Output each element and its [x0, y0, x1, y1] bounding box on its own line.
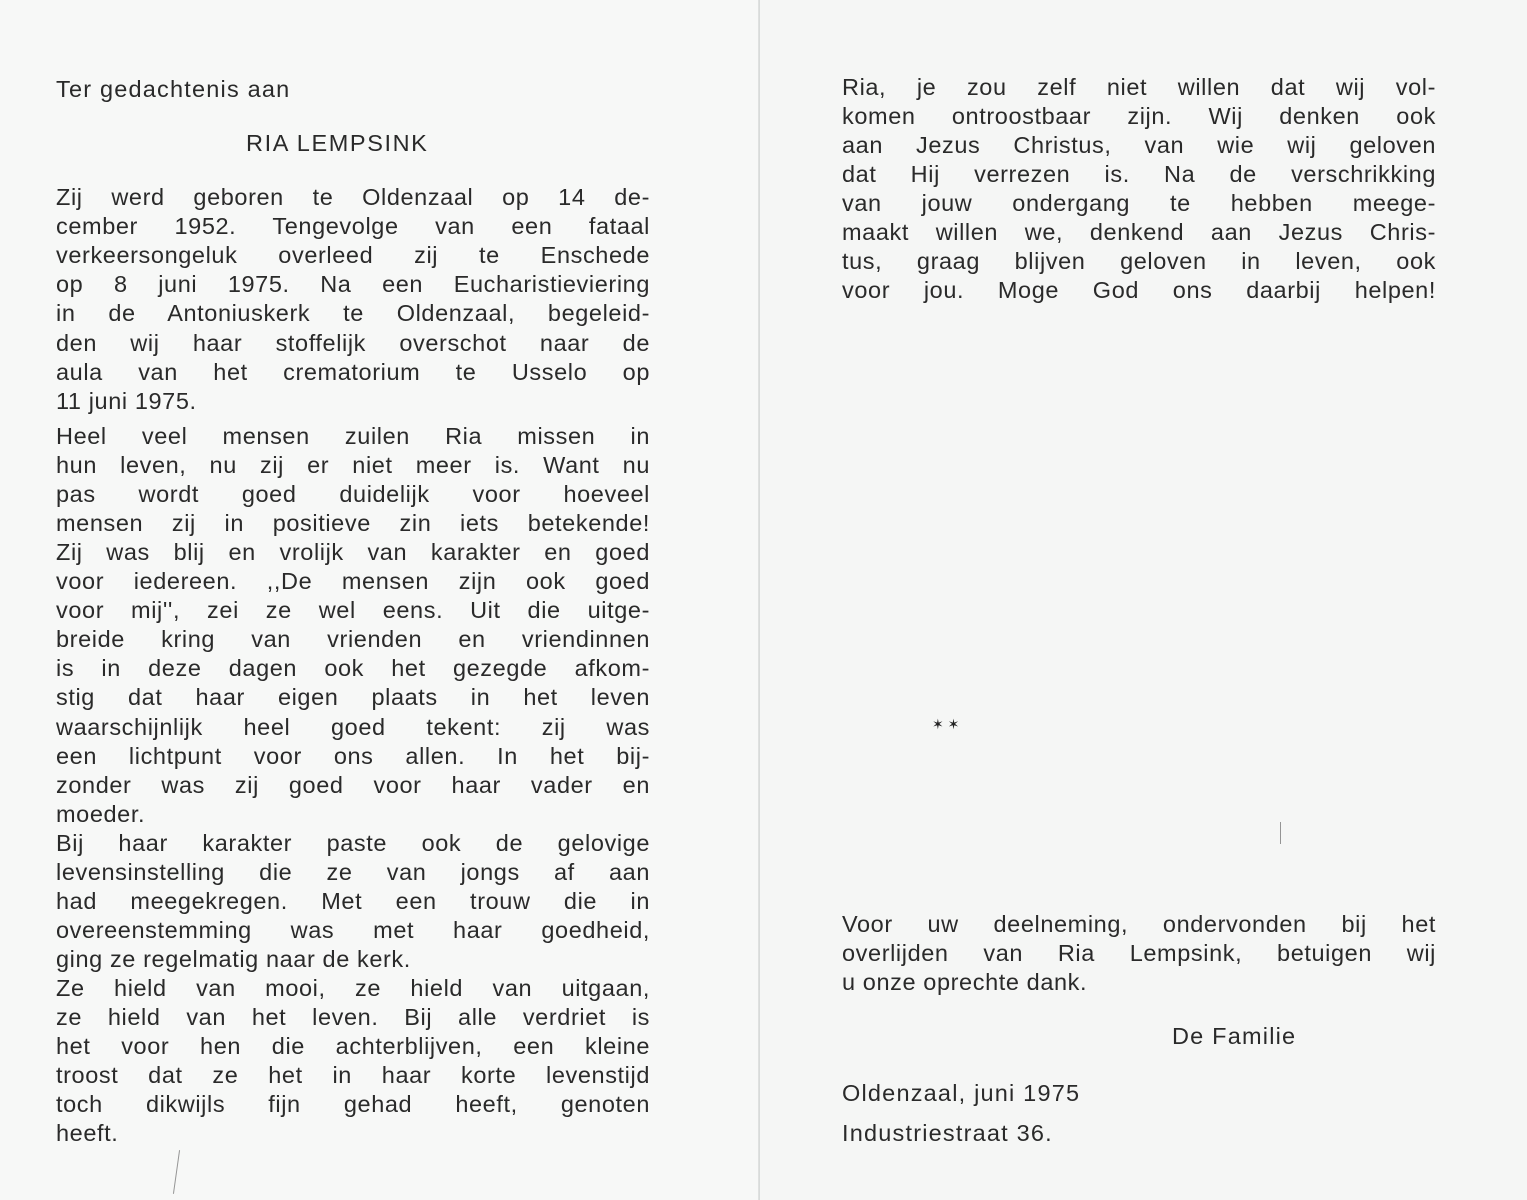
text-line: Ze hield van mooi, ze hield van uitgaan, [56, 974, 650, 1003]
text-line: Voor uw deelneming, ondervonden bij het [842, 910, 1436, 939]
address: Industriestraat 36. [842, 1119, 1053, 1148]
text-line: heeft. [56, 1119, 650, 1148]
text-line: cember 1952. Tengevolge van een fataal [56, 212, 650, 241]
text-line: is in deze dagen ook het gezegde afkom- [56, 654, 650, 683]
text-line: het voor hen die achterblijven, een klei… [56, 1032, 650, 1061]
paper-scratch [173, 1150, 180, 1194]
text-line: tus, graag blijven geloven in leven, ook [842, 247, 1436, 276]
text-line: in de Antoniuskerk te Oldenzaal, begelei… [56, 299, 650, 328]
text-line: hun leven, nu zij er niet meer is. Want … [56, 451, 650, 480]
deceased-name: RIA LEMPSINK [246, 129, 428, 158]
text-line: verkeersongeluk overleed zij te Enschede [56, 241, 650, 270]
text-line: voor jou. Moge God ons daarbij helpen! [842, 276, 1436, 305]
text-line: een lichtpunt voor ons allen. In het bij… [56, 742, 650, 771]
place-date: Oldenzaal, juni 1975 [842, 1079, 1080, 1108]
text-line: pas wordt goed duidelijk voor hoeveel [56, 480, 650, 509]
text-line: den wij haar stoffelijk overschot naar d… [56, 329, 650, 358]
text-line: op 8 juni 1975. Na een Eucharistievierin… [56, 270, 650, 299]
memorial-card: Ter gedachtenis aan RIA LEMPSINK Zij wer… [0, 0, 1527, 1200]
text-line: breide kring van vrienden en vriendinnen [56, 625, 650, 654]
text-line: Ria, je zou zelf niet willen dat wij vol… [842, 73, 1436, 102]
signature: De Familie [1172, 1022, 1296, 1051]
text-line: mensen zij in positieve zin iets beteken… [56, 509, 650, 538]
text-line: overeenstemming was met haar goedheid, [56, 916, 650, 945]
text-line: ze hield van het leven. Bij alle verdrie… [56, 1003, 650, 1032]
text-line: Bij haar karakter paste ook de gelovige [56, 829, 650, 858]
text-line: ging ze regelmatig naar de kerk. [56, 945, 650, 974]
text-line: aula van het crematorium te Usselo op [56, 358, 650, 387]
text-line: overlijden van Ria Lempsink, betuigen wi… [842, 939, 1436, 968]
text-line: komen ontroostbaar zijn. Wij denken ook [842, 102, 1436, 131]
text-line: waarschijnlijk heel goed tekent: zij was [56, 713, 650, 742]
text-line: van jouw ondergang te hebben meege- [842, 189, 1436, 218]
text-line: 11 juni 1975. [56, 387, 650, 416]
text-line: dat Hij verrezen is. Na de verschrikking [842, 160, 1436, 189]
right-page: Ria, je zou zelf niet willen dat wij vol… [760, 0, 1527, 1200]
text-line: aan Jezus Christus, van wie wij geloven [842, 131, 1436, 160]
text-line: Zij was blij en vrolijk van karakter en … [56, 538, 650, 567]
text-line: had meegekregen. Met een trouw die in [56, 887, 650, 916]
text-line: toch dikwijls fijn gehad heeft, genoten [56, 1090, 650, 1119]
paper-scratch [1280, 822, 1281, 844]
print-speck-icon: ✶ ✶ [932, 716, 959, 733]
left-page: Ter gedachtenis aan RIA LEMPSINK Zij wer… [0, 0, 758, 1200]
text-line: Heel veel mensen zuilen Ria missen in [56, 422, 650, 451]
card-heading: Ter gedachtenis aan [56, 75, 290, 104]
text-line: moeder. [56, 800, 650, 829]
text-line: stig dat haar eigen plaats in het leven [56, 683, 650, 712]
text-line: levensinstelling die ze van jongs af aan [56, 858, 650, 887]
text-line: zonder was zij goed voor haar vader en [56, 771, 650, 800]
text-line: troost dat ze het in haar korte levensti… [56, 1061, 650, 1090]
text-line: Zij werd geboren te Oldenzaal op 14 de- [56, 183, 650, 212]
text-line: voor iedereen. ,,De mensen zijn ook goed [56, 567, 650, 596]
text-line: maakt willen we, denkend aan Jezus Chris… [842, 218, 1436, 247]
text-line: u onze oprechte dank. [842, 968, 1436, 997]
text-line: voor mij'', zei ze wel eens. Uit die uit… [56, 596, 650, 625]
